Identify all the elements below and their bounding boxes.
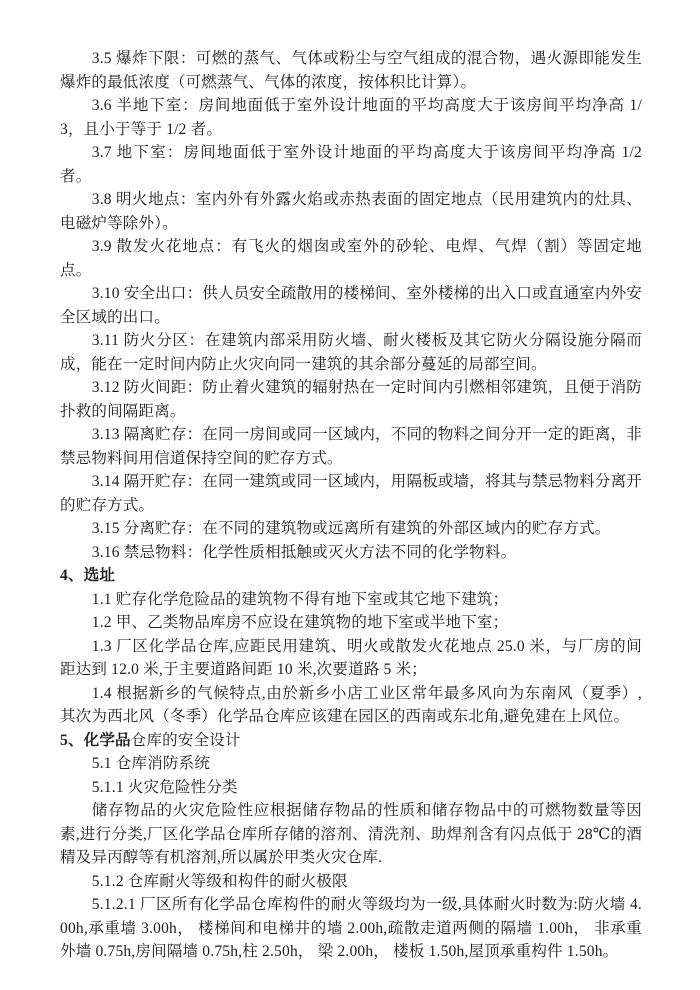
paragraph-definition-3-5: 3.5 爆炸下限：可燃的蒸气、气体或粉尘与空气组成的混合物，遇火源即能发生爆炸的…: [60, 47, 642, 94]
heading-bold-text: 5、化学品: [60, 732, 131, 749]
paragraph-definition-3-9: 3.9 散发火花地点：有飞火的烟囱或室外的砂轮、电焊、气焊（割）等固定地点。: [60, 235, 642, 282]
paragraph-rule-1-3: 1.3 厂区化学品仓库,应距民用建筑、明火或散发火花地点 25.0 米，与厂房的…: [60, 635, 642, 682]
paragraph-subheading-5-1-2: 5.1.2 仓库耐火等级和构件的耐火极限: [60, 870, 642, 894]
paragraph-definition-3-13: 3.13 隔离贮存：在同一房间或同一区域内，不同的物料之间分开一定的距离，非禁忌…: [60, 423, 642, 470]
paragraph-definition-3-6: 3.6 半地下室：房间地面低于室外设计地面的平均高度大于该房间平均净高 1/3，…: [60, 94, 642, 141]
paragraph-rule-1-2: 1.2 甲、乙类物品库房不应设在建筑物的地下室或半地下室；: [60, 611, 642, 635]
section-heading-5-safety-design: 5、化学品仓库的安全设计: [60, 729, 642, 753]
section-heading-4-site-selection: 4、选址: [60, 564, 642, 588]
paragraph-definition-3-14: 3.14 隔开贮存：在同一建筑或同一区域内，用隔板或墙，将其与禁忌物料分离开的贮…: [60, 470, 642, 517]
heading-bold-text: 4、选址: [60, 567, 115, 584]
paragraph-subheading-5-1: 5.1 仓库消防系统: [60, 752, 642, 776]
paragraph-definition-3-7: 3.7 地下室：房间地面低于室外设计地面的平均高度大于该房间平均净高 1/2 者…: [60, 141, 642, 188]
paragraph-definition-3-16: 3.16 禁忌物料：化学性质相抵触或灭火方法不同的化学物料。: [60, 541, 642, 565]
paragraph-fire-resistance: 5.1.2.1 厂区所有化学品仓库构件的耐火等级均为一级,具体耐火时数为:防火墙…: [60, 893, 642, 964]
paragraph-definition-3-12: 3.12 防火间距：防止着火建筑的辐射热在一定时间内引燃相邻建筑，且便于消防扑救…: [60, 376, 642, 423]
paragraph-definition-3-15: 3.15 分离贮存：在不同的建筑物或远离所有建筑的外部区域内的贮存方式。: [60, 517, 642, 541]
document-page: 3.5 爆炸下限：可燃的蒸气、气体或粉尘与空气组成的混合物，遇火源即能发生爆炸的…: [0, 0, 700, 990]
paragraph-rule-1-4: 1.4 根据新乡的气候特点,由於新乡小店工业区常年最多风向为东南风（夏季）,其次…: [60, 682, 642, 729]
paragraph-definition-3-11: 3.11 防火分区：在建筑内部采用防火墙、耐火楼板及其它防火分隔设施分隔而成，能…: [60, 329, 642, 376]
heading-rest-text: 仓库的安全设计: [131, 732, 241, 749]
paragraph-fire-classification: 储存物品的火灾危险性应根据储存物品的性质和储存物品中的可燃物数量等因素,进行分类…: [60, 799, 642, 870]
paragraph-rule-1-1: 1.1 贮存化学危险品的建筑物不得有地下室或其它地下建筑；: [60, 588, 642, 612]
paragraph-definition-3-8: 3.8 明火地点：室内外有外露火焰或赤热表面的固定地点（民用建筑内的灶具、电磁炉…: [60, 188, 642, 235]
paragraph-definition-3-10: 3.10 安全出口：供人员安全疏散用的楼梯间、室外楼梯的出入口或直通室内外安全区…: [60, 282, 642, 329]
paragraph-subheading-5-1-1: 5.1.1 火灾危险性分类: [60, 776, 642, 800]
